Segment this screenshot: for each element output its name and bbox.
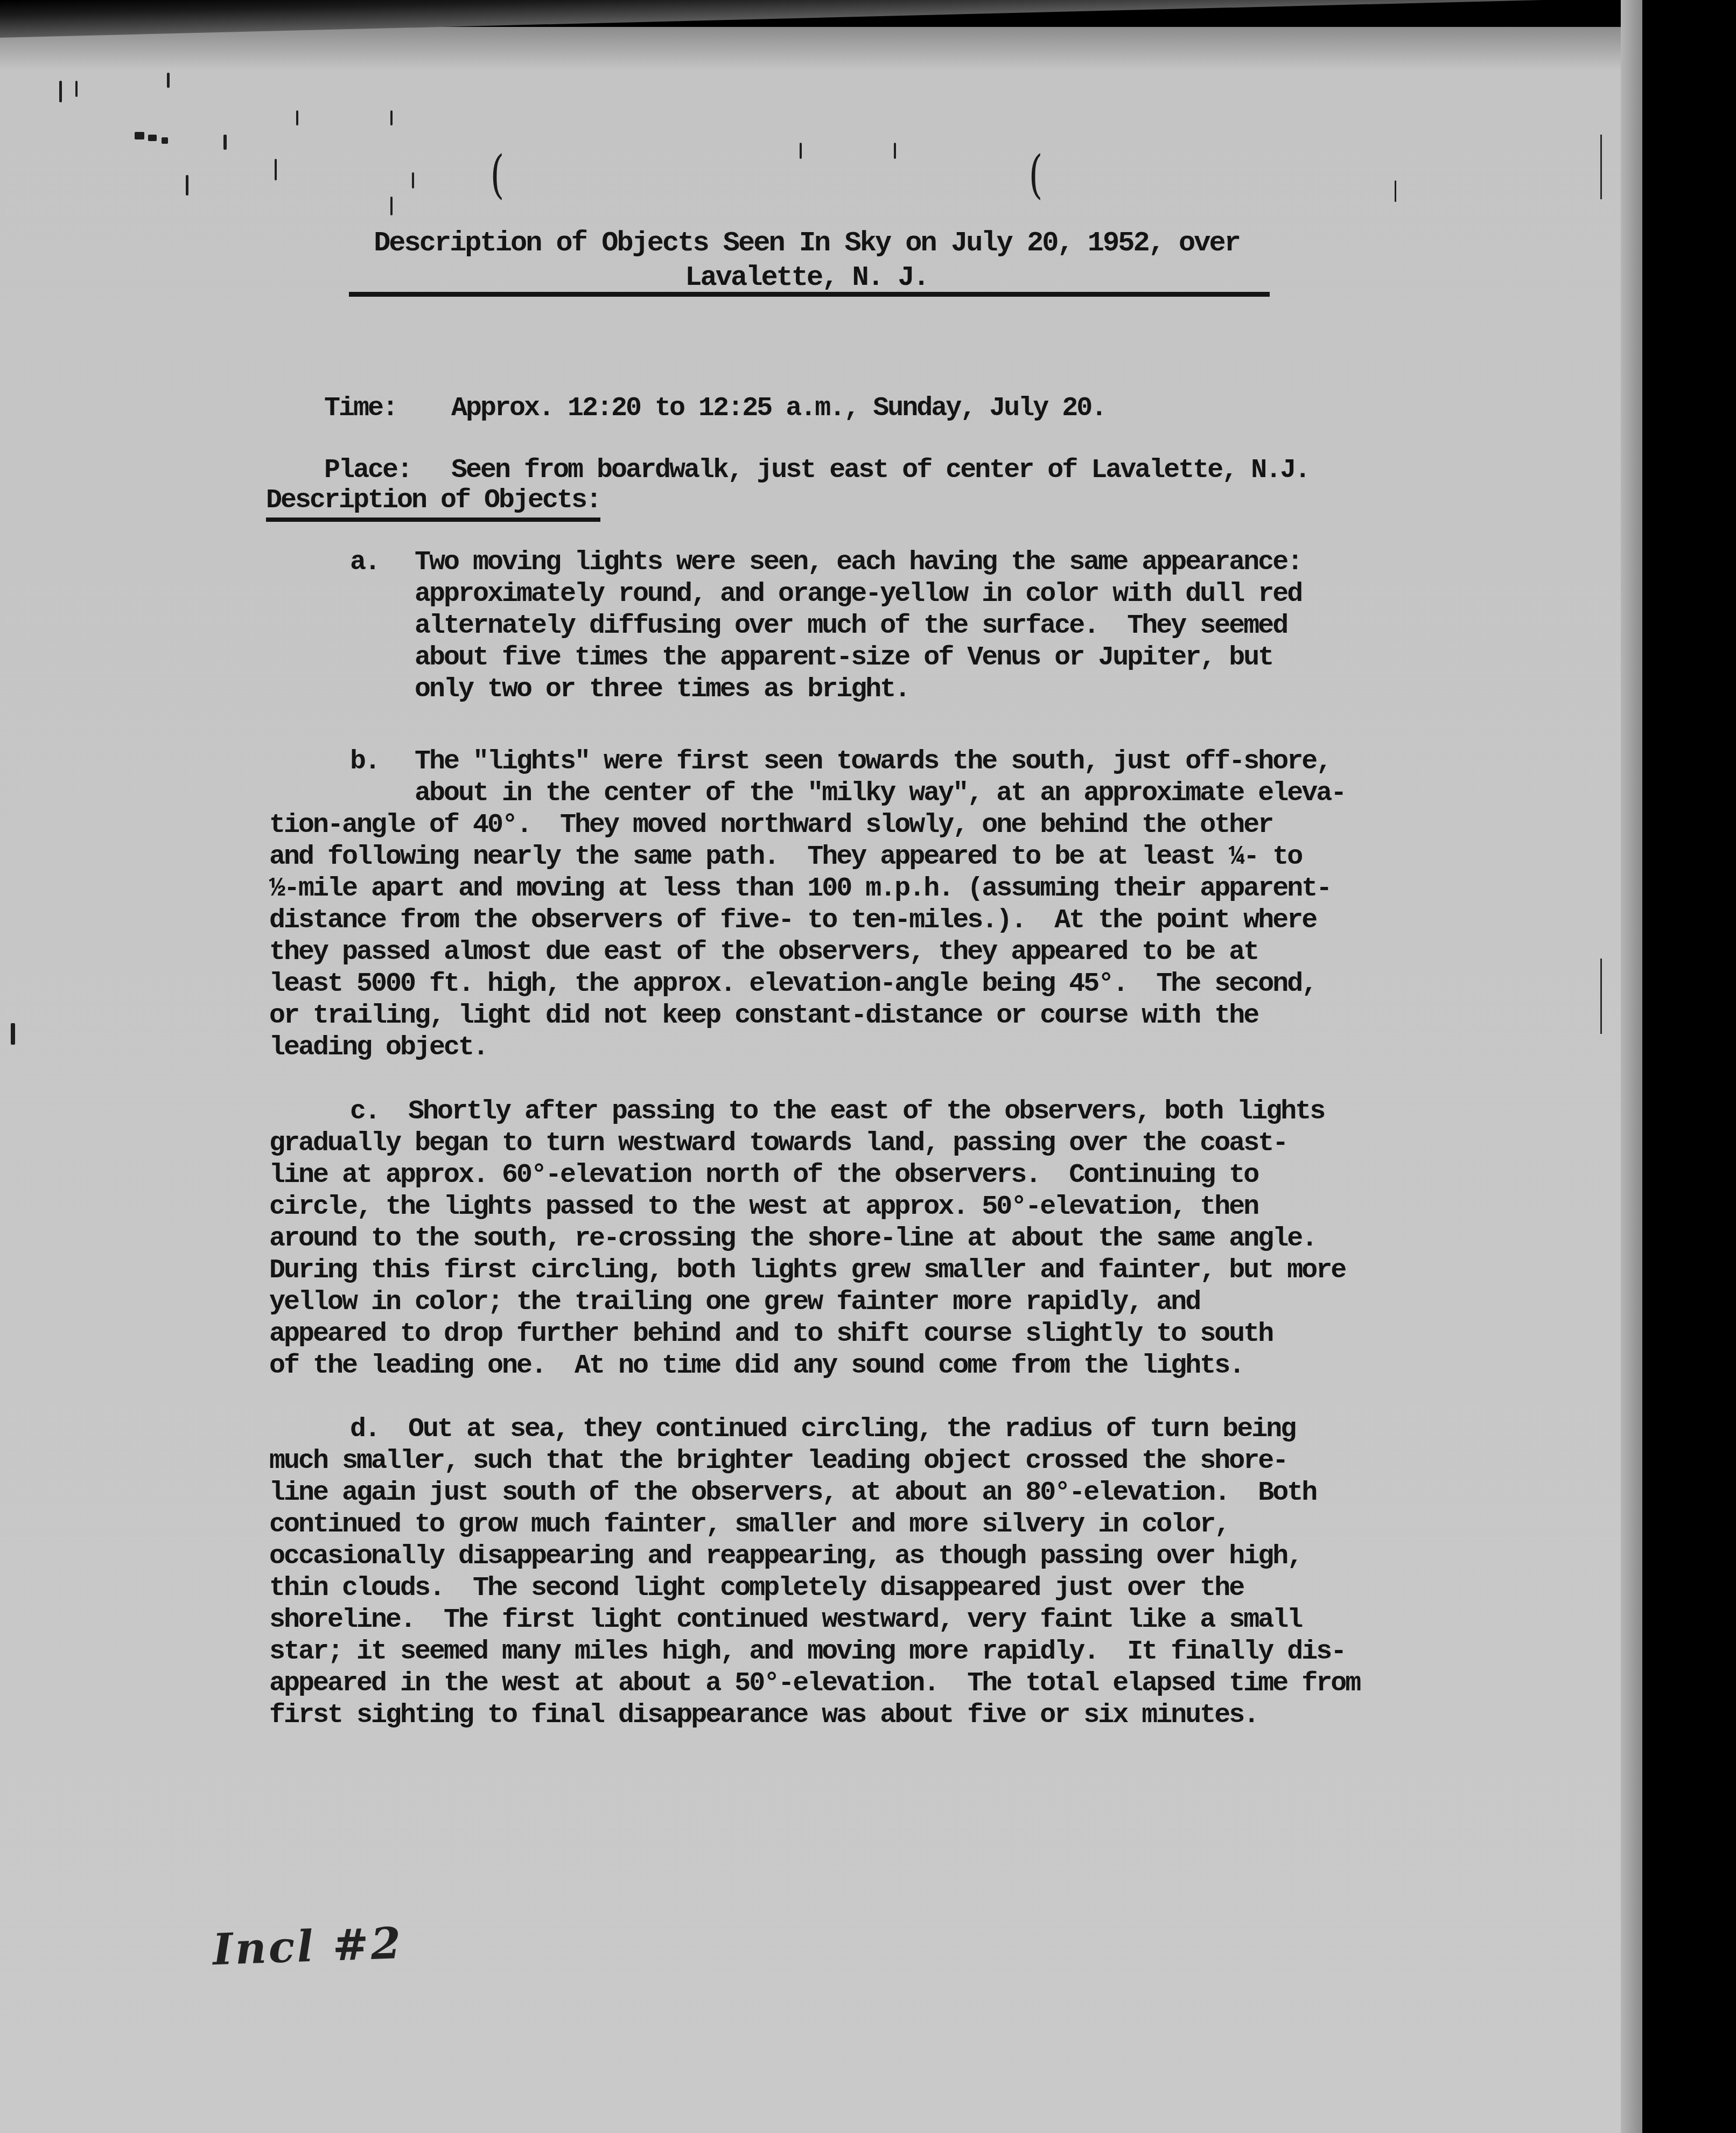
paragraph-line: gradually began to turn westward towards… [269, 1128, 1345, 1159]
time-label: Time: [324, 393, 451, 424]
paragraph-line: circle, the lights passed to the west at… [269, 1191, 1345, 1223]
paragraph-line: around to the south, re-crossing the sho… [269, 1223, 1345, 1255]
margin-mark [1600, 135, 1602, 199]
paragraph-line: about in the center of the "milky way", … [269, 778, 1345, 809]
margin-mark [1600, 959, 1602, 1034]
page-edge [1621, 0, 1642, 2133]
place-label: Place: [324, 454, 451, 486]
handwritten-enclosure-note: Incl #2 [212, 1927, 403, 1966]
paragraph-line: tion-angle of 40°. They moved northward … [269, 809, 1345, 841]
title-underline [349, 292, 1270, 297]
paragraph-line: occasionally disappearing and reappearin… [269, 1541, 1360, 1572]
punch-mark: ( [491, 145, 505, 205]
paragraph-line: and following nearly the same path. They… [269, 841, 1345, 873]
paragraph-line: only two or three times as bright. [415, 674, 1301, 705]
paragraph-marker: c. [350, 1096, 379, 1127]
paragraph-line: distance from the observers of five- to … [269, 905, 1345, 936]
paragraph-line: or trailing, light did not keep constant… [269, 1000, 1345, 1032]
paragraph-line: yellow in color; the trailing one grew f… [269, 1286, 1345, 1318]
paragraph-line: alternately diffusing over much of the s… [415, 610, 1301, 642]
time-value: Approx. 12:20 to 12:25 a.m., Sunday, Jul… [451, 393, 1105, 424]
paragraph-line: line at approx. 60°-elevation north of t… [269, 1159, 1345, 1191]
paragraph-line: much smaller, such that the brighter lea… [269, 1445, 1360, 1477]
paragraph-line: appeared in the west at about a 50°-elev… [269, 1668, 1360, 1700]
paragraph-line: first sighting to final disappearance wa… [269, 1700, 1360, 1731]
paragraph-line: star; it seemed many miles high, and mov… [269, 1636, 1360, 1668]
paragraph-line: continued to grow much fainter, smaller … [269, 1509, 1360, 1541]
paragraph-line: line again just south of the observers, … [269, 1477, 1360, 1509]
paragraph-line: d. Out at sea, they continued circling, … [269, 1414, 1360, 1445]
paragraph-line: Two moving lights were seen, each having… [415, 547, 1301, 578]
paragraph-line: about five times the apparent-size of Ve… [415, 642, 1301, 674]
paragraph-line: leading object. [269, 1032, 1345, 1064]
paragraph-line: c. Shortly after passing to the east of … [269, 1096, 1345, 1128]
title-line-2: Lavalette, N. J. [349, 261, 1264, 295]
paragraph-line: ½-mile apart and moving at less than 100… [269, 873, 1345, 905]
paragraph-line: During this first circling, both lights … [269, 1255, 1345, 1286]
paragraph-line: shoreline. The first light continued wes… [269, 1604, 1360, 1636]
punch-mark: ( [1029, 145, 1043, 205]
paragraph-marker: d. [350, 1414, 379, 1445]
document-title: Description of Objects Seen In Sky on Ju… [349, 226, 1264, 295]
scanned-page [0, 27, 1621, 2133]
paragraph-marker: a. [350, 547, 379, 578]
place-value: Seen from boardwalk, just east of center… [451, 455, 1309, 486]
section-heading: Description of Objects: [266, 485, 600, 522]
paragraph-line: least 5000 ft. high, the approx. elevati… [269, 968, 1345, 1000]
paragraph-line: of the leading one. At no time did any s… [269, 1350, 1345, 1382]
paragraph-line: thin clouds. The second light completely… [269, 1572, 1360, 1604]
paragraph-line: they passed almost due east of the obser… [269, 936, 1345, 968]
paragraph-line: approximately round, and orange-yellow i… [415, 578, 1301, 610]
paragraph-line: appeared to drop further behind and to s… [269, 1318, 1345, 1350]
title-line-1: Description of Objects Seen In Sky on Ju… [349, 226, 1264, 261]
paragraph-line: The "lights" were first seen towards the… [269, 746, 1345, 778]
scanner-background [1642, 0, 1736, 2133]
